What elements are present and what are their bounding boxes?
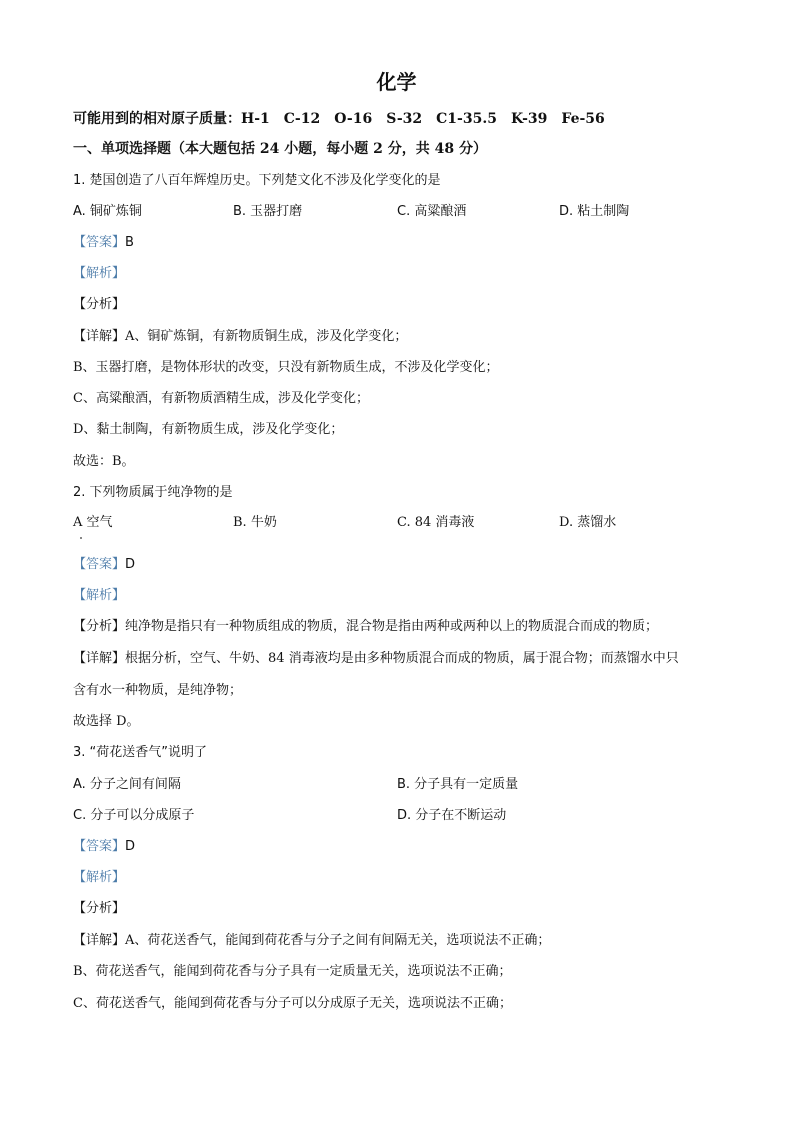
q2-option-c: C. 84 消毒液 (397, 515, 474, 531)
q3-option-a: A. 分子之间有间隔 (73, 777, 181, 793)
q3-detail-line-3: C、荷花送香气，能闻到荷花香与分子可以分成原子无关，选项说法不正确； (73, 996, 512, 1012)
detail-text: 根据分析，空气、牛奶、84 消毒液均是由多种物质混合而成的物质，属于混合物；而蒸… (125, 651, 679, 666)
q2-analyze-line: 【分析】纯净物是指只有一种物质组成的物质，混合物是指由两种或两种以上的物质混合而… (73, 619, 658, 635)
q3-analyze-label: 【分析】 (73, 901, 125, 917)
q3-answer: 【答案】D (73, 839, 135, 855)
atomic-mass-line: 可能用到的相对原子质量：H-1C-12O-16S-32C1-35.5K-39Fe… (73, 111, 619, 127)
atomic-mass-k: K-39 (511, 111, 547, 127)
q3-detail-line-1: 【详解】A、荷花送香气，能闻到荷花香与分子之间有间隔无关，选项说法不正确； (73, 933, 550, 949)
answer-label: 【答案】 (73, 839, 125, 854)
q1-option-a: A. 铜矿炼铜 (73, 204, 142, 220)
q3-analysis-label: 【解析】 (73, 870, 125, 886)
q3-detail-line-2: B、荷花送香气，能闻到荷花香与分子具有一定质量无关，选项说法不正确； (73, 964, 512, 980)
q1-analyze-label: 【分析】 (73, 297, 125, 313)
q2-analysis-label: 【解析】 (73, 588, 125, 604)
answer-value: D (125, 557, 135, 572)
q1-answer: 【答案】B (73, 235, 134, 251)
q2-detail-line-2: 含有水一种物质，是纯净物； (73, 683, 242, 699)
q2-detail-line-1: 【详解】根据分析，空气、牛奶、84 消毒液均是由多种物质混合而成的物质，属于混合… (73, 651, 679, 667)
detail-label: 【详解】 (73, 651, 125, 666)
q3-option-b: B. 分子具有一定质量 (397, 777, 518, 793)
q1-option-b: B. 玉器打磨 (233, 204, 302, 220)
answer-label: 【答案】 (73, 235, 125, 250)
q2-option-b: B. 牛奶 (233, 515, 277, 531)
q1-conclusion: 故选：B。 (73, 454, 135, 470)
question-1-stem: 1. 楚国创造了八百年辉煌历史。下列楚文化不涉及化学变化的是 (73, 173, 441, 189)
atomic-mass-h: H-1 (241, 111, 270, 127)
detail-label: 【详解】 (73, 329, 125, 344)
atomic-mass-fe: Fe-56 (561, 111, 604, 127)
page-title: 化学 (0, 70, 793, 94)
q1-option-c: C. 高粱酿酒 (397, 204, 466, 220)
answer-value: D (125, 839, 135, 854)
stray-dot (80, 537, 82, 539)
detail-label: 【详解】 (73, 933, 125, 948)
atomic-mass-s: S-32 (386, 111, 422, 127)
q2-answer: 【答案】D (73, 557, 135, 573)
answer-value: B (125, 235, 134, 250)
q1-detail-line-3: C、高粱酿酒，有新物质酒精生成，涉及化学变化； (73, 391, 369, 407)
q2-conclusion: 故选择 D。 (73, 714, 140, 730)
detail-text: A、铜矿炼铜，有新物质铜生成，涉及化学变化； (125, 329, 407, 344)
q2-option-a: A 空气 (73, 515, 113, 531)
question-3-stem: 3. “荷花送香气”说明了 (73, 745, 207, 761)
q3-option-c: C. 分子可以分成原子 (73, 808, 194, 824)
question-2-stem: 2. 下列物质属于纯净物的是 (73, 485, 233, 501)
q1-option-d: D. 粘土制陶 (559, 204, 629, 220)
section-heading: 一、单项选择题（本大题包括 24 小题，每小题 2 分，共 48 分） (73, 141, 487, 157)
q1-detail-line-4: D、黏土制陶，有新物质生成，涉及化学变化； (73, 422, 343, 438)
document-page: 化学 可能用到的相对原子质量：H-1C-12O-16S-32C1-35.5K-3… (0, 0, 793, 1122)
atomic-mass-cl: C1-35.5 (436, 111, 497, 127)
detail-text: A、荷花送香气，能闻到荷花香与分子之间有间隔无关，选项说法不正确； (125, 933, 550, 948)
analyze-label: 【分析】 (73, 619, 125, 634)
atomic-mass-label: 可能用到的相对原子质量： (73, 111, 241, 127)
atomic-mass-o: O-16 (334, 111, 372, 127)
answer-label: 【答案】 (73, 557, 125, 572)
q1-detail-line-1: 【详解】A、铜矿炼铜，有新物质铜生成，涉及化学变化； (73, 329, 407, 345)
q1-analysis-label: 【解析】 (73, 266, 125, 282)
analyze-text: 纯净物是指只有一种物质组成的物质，混合物是指由两种或两种以上的物质混合而成的物质… (125, 619, 658, 634)
q1-detail-line-2: B、玉器打磨，是物体形状的改变，只没有新物质生成，不涉及化学变化； (73, 360, 499, 376)
q2-option-d: D. 蒸馏水 (559, 515, 616, 531)
atomic-mass-c: C-12 (284, 111, 320, 127)
q3-option-d: D. 分子在不断运动 (397, 808, 506, 824)
